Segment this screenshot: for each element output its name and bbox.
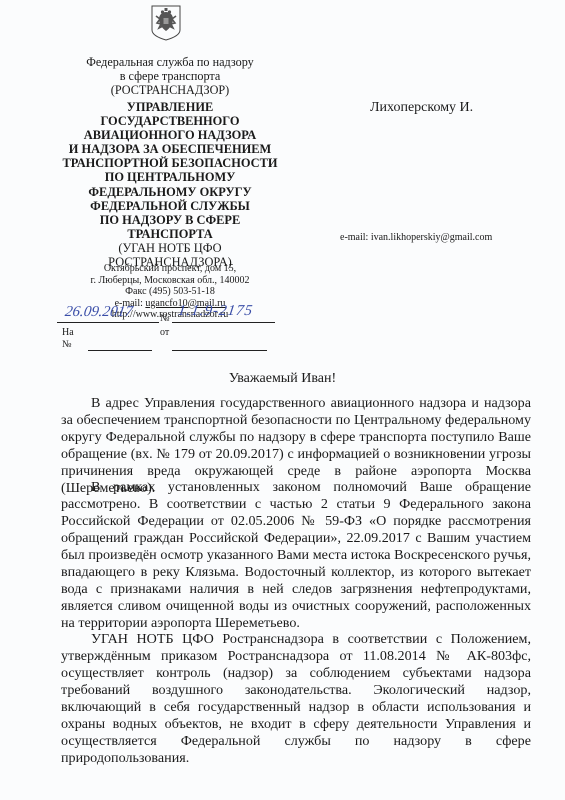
- letter-paragraph-3: УГАН НОТБ ЦФО Ространснадзора в соответс…: [61, 631, 531, 767]
- outgoing-date-handwritten: 26.09.2017: [64, 304, 134, 321]
- paragraph-text: УГАН НОТБ ЦФО Ространснадзора в соответс…: [61, 631, 531, 767]
- ministry-line: (РОСТРАНСНАДЗОР): [40, 83, 300, 97]
- department-name: УПРАВЛЕНИЕ ГОСУДАРСТВЕННОГО АВИАЦИОННОГО…: [40, 100, 300, 269]
- letter-paragraph-2: В рамках установленных законом полномочи…: [61, 479, 531, 632]
- address-line: Октябрьский проспект, дом 15,: [40, 263, 300, 275]
- fax-line: Факс (495) 503-51-18: [40, 286, 300, 298]
- number-label: №: [160, 313, 170, 324]
- department-line: ТРАНСПОРТНОЙ БЕЗОПАСНОСТИ: [40, 156, 300, 170]
- outgoing-number-field: 1.1.9-2175: [172, 307, 275, 323]
- outgoing-date-field: 26.09.2017: [57, 307, 159, 323]
- reply-number-blank: [88, 350, 152, 351]
- salutation: Уважаемый Иван!: [0, 371, 565, 387]
- recipient-email: e-mail: ivan.likhoperskiy@gmail.com: [340, 232, 492, 243]
- department-line: ГОСУДАРСТВЕННОГО: [40, 114, 300, 128]
- department-line: ФЕДЕРАЛЬНОЙ СЛУЖБЫ: [40, 199, 300, 213]
- ministry-line: в сфере транспорта: [40, 69, 300, 83]
- reply-to-label: На: [62, 327, 74, 338]
- department-line: АВИАЦИОННОГО НАДЗОРА: [40, 128, 300, 142]
- ministry-line: Федеральная служба по надзору: [40, 55, 300, 69]
- reply-date-blank: [172, 350, 267, 351]
- paragraph-text: В рамках установленных законом полномочи…: [61, 479, 531, 632]
- outgoing-number-handwritten: 1.1.9-2175: [177, 303, 254, 320]
- department-line: ФЕДЕРАЛЬНОМУ ОКРУГУ: [40, 185, 300, 199]
- address-line: г. Люберцы, Московская обл., 140002: [40, 275, 300, 287]
- coat-of-arms-icon: [150, 4, 182, 42]
- department-line: И НАДЗОРА ЗА ОБЕСПЕЧЕНИЕМ: [40, 142, 300, 156]
- ministry-name: Федеральная служба по надзору в сфере тр…: [40, 55, 300, 97]
- department-line: ПО НАДЗОРУ В СФЕРЕ: [40, 213, 300, 227]
- department-line: ТРАНСПОРТА: [40, 227, 300, 241]
- from-label: от: [160, 327, 169, 338]
- department-abbr-line: (УГАН НОТБ ЦФО: [40, 241, 300, 255]
- department-line: УПРАВЛЕНИЕ: [40, 100, 300, 114]
- reply-number-label: №: [62, 339, 72, 350]
- department-line: ПО ЦЕНТРАЛЬНОМУ: [40, 170, 300, 184]
- recipient-name: Лихоперскому И.: [370, 100, 473, 116]
